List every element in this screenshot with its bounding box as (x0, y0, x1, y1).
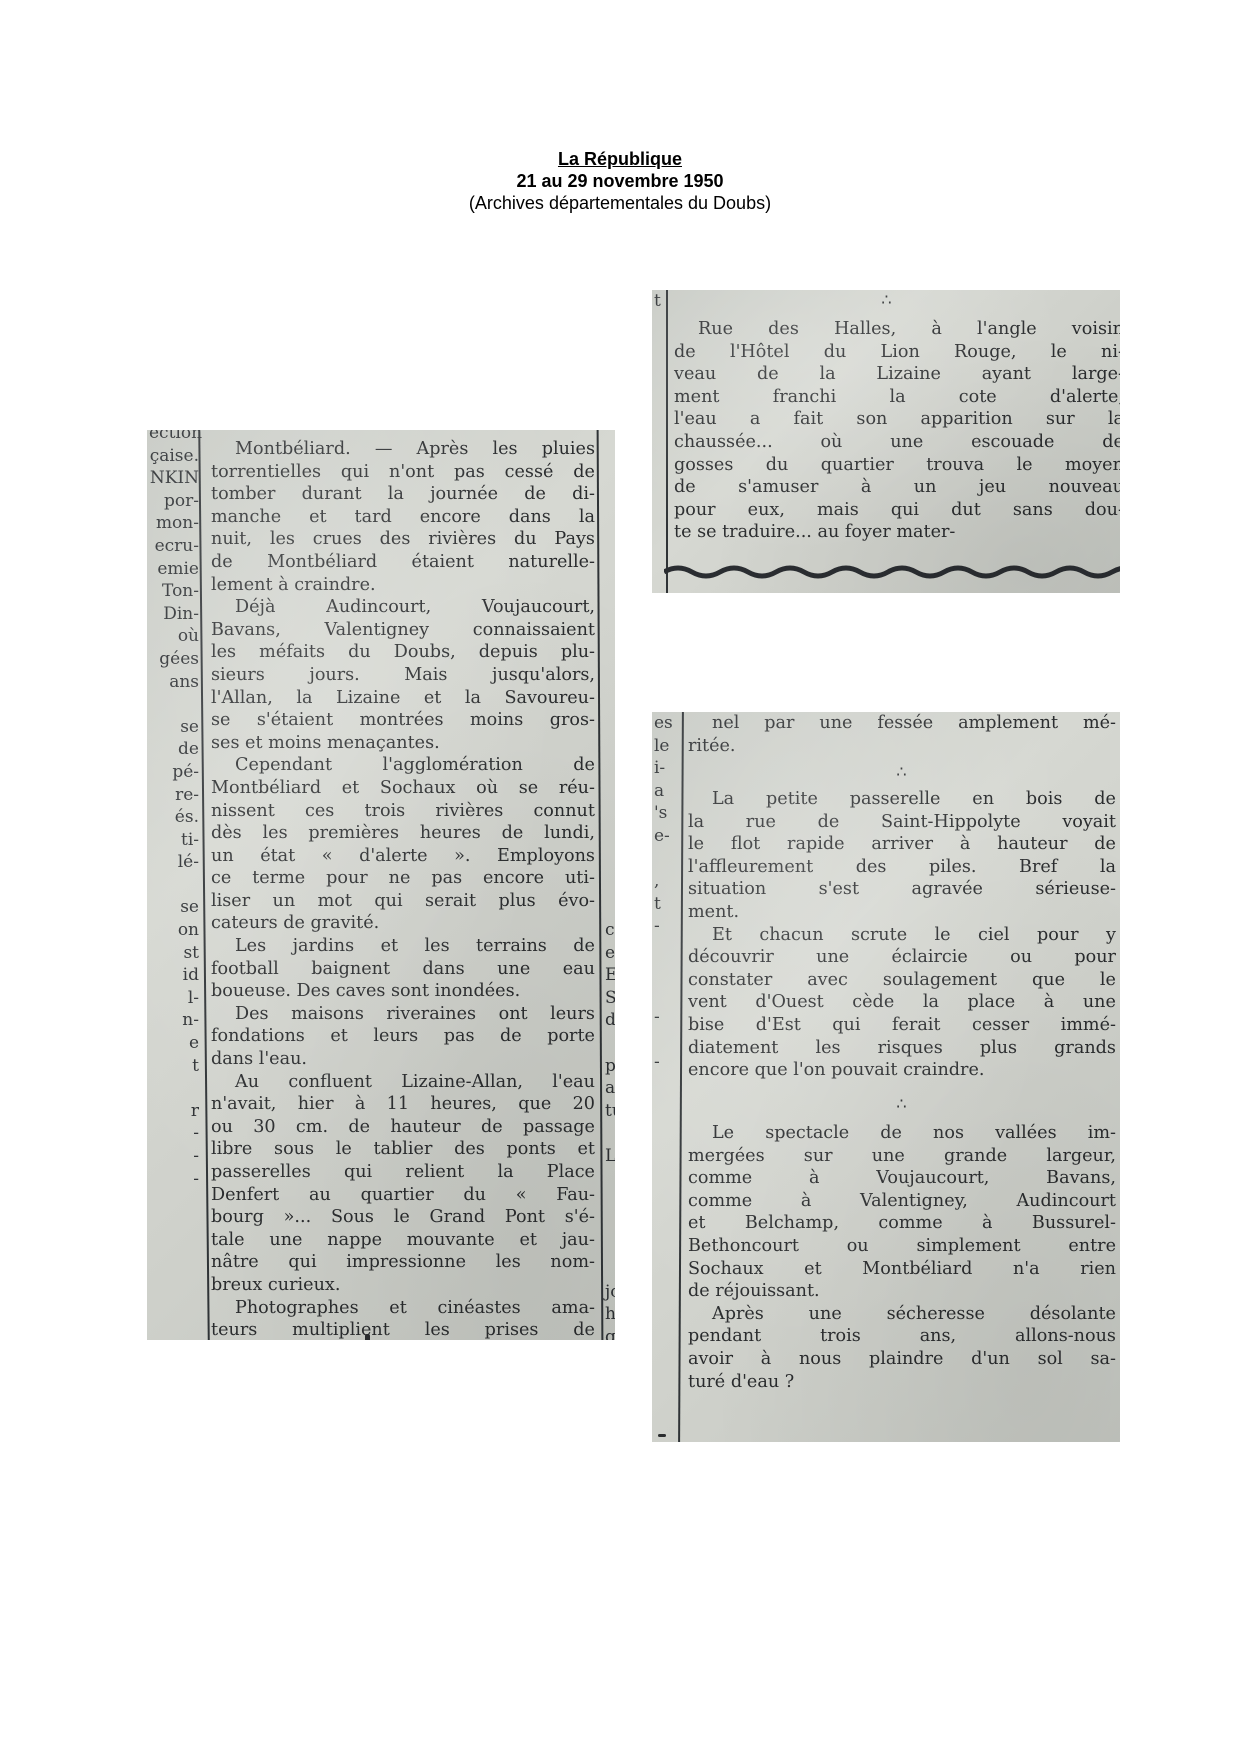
text-line: ou30cm.dehauteurdepassage (211, 1116, 595, 1139)
fragment-line: re- (149, 784, 199, 807)
fragment-line: i- (654, 757, 676, 780)
fragment-line (605, 445, 615, 468)
text-line: torrentiellesquin'ontpascesséde (211, 461, 595, 484)
column-rule (597, 430, 604, 1340)
fragment-line: t (149, 1055, 199, 1078)
text-line: AuconfluentLizaine-Allan,l'eau (211, 1071, 595, 1094)
fragment-line (605, 1032, 615, 1055)
fragment-line: - (149, 1145, 199, 1168)
fragment-line (605, 558, 615, 581)
fragment-line (605, 1168, 615, 1191)
fragment-line (605, 716, 615, 739)
text-line: SochauxetMontbéliardn'arien (688, 1258, 1116, 1281)
fragment-line (605, 693, 615, 716)
fragment-line: où (149, 625, 199, 648)
fragment-line (654, 983, 676, 1006)
fragment-line (605, 896, 615, 919)
fragment-line: - (654, 1006, 676, 1029)
column-end-mark (365, 1334, 370, 1340)
fragment-line: - (149, 1168, 199, 1191)
adjacent-column-fragment-left: ectionçaise.NKINpor-mon-ecru-emieTon-Din… (149, 430, 199, 1190)
text-line: laruedeSaint-Hippolytevoyait (688, 811, 1116, 834)
fragment-line (654, 1028, 676, 1051)
fragment-line: pé- (149, 761, 199, 784)
document-header: La République 21 au 29 novembre 1950 (Ar… (0, 148, 1240, 214)
text-line: del'HôtelduLionRouge,leni- (674, 341, 1120, 364)
section-separator: ∴ (682, 762, 1120, 782)
text-line: veaudelaLizaineayantlarge- (674, 363, 1120, 386)
fragment-line: gées (149, 648, 199, 671)
fragment-line: tu (605, 1100, 615, 1123)
text-line: avoirànousplaindred'unsolsa- (688, 1348, 1116, 1371)
text-line: taleunenappemouvanteetjau- (211, 1229, 595, 1252)
text-line: l'eauafaitsonapparitionsurla (674, 408, 1120, 431)
text-line: liserunmotquiseraitplusévo- (211, 890, 595, 913)
fragment-line (605, 738, 615, 761)
text-line: mergéessurunegrandelargeur, (688, 1145, 1116, 1168)
fragment-line: S (605, 987, 615, 1010)
text-line: Desmaisonsriverainesontleurs (211, 1003, 595, 1026)
column-rule (678, 712, 684, 1442)
text-line: Bavans,Valentigneyconnaissaient (211, 619, 595, 642)
fragment-line: a (654, 780, 676, 803)
fragment-line: és. (149, 806, 199, 829)
fragment-line (605, 874, 615, 897)
fragment-line (149, 693, 199, 716)
text-line: ment. (688, 901, 1116, 924)
fragment-line (605, 490, 615, 513)
fragment-line: çaise. (149, 445, 199, 468)
text-line: lesméfaitsduDoubs,depuisplu- (211, 641, 595, 664)
text-line: footballbaignentdansuneeau (211, 958, 595, 981)
fragment-line (605, 535, 615, 558)
text-line: constateravecsoulagementquele (688, 969, 1116, 992)
fragment-line (605, 806, 615, 829)
fragment-line (605, 1122, 615, 1145)
fragment-line (605, 625, 615, 648)
text-line: Cependantl'agglomérationde (211, 754, 595, 777)
text-line: situations'estagravéesérieuse- (688, 878, 1116, 901)
text-line: MontbéliardetSochauxoùseréu- (211, 777, 595, 800)
fragment-line: ection (149, 430, 199, 445)
text-line: te se traduire... au foyer mater- (674, 521, 1120, 544)
fragment-line: Ton- (149, 580, 199, 603)
text-line: ses'étaientmontréesmoinsgros- (211, 709, 595, 732)
date-range: 21 au 29 novembre 1950 (0, 170, 1240, 192)
text-line: gossesduquartiertrouvalemoyen (674, 454, 1120, 477)
fragment-line: id (149, 964, 199, 987)
clipping-bottom-right: eslei-a'se- ,t- - - nelparunefesséeample… (652, 712, 1120, 1442)
text-line: teursmultiplientlesprisesde (211, 1319, 595, 1340)
archive-source: (Archives départementales du Doubs) (0, 192, 1240, 214)
fragment-line: se (149, 716, 199, 739)
fragment-line (605, 467, 615, 490)
text-line: breux curieux. (211, 1274, 595, 1297)
text-line: commeàVoujaucourt,Bavans, (688, 1167, 1116, 1190)
text-line: unétat«d'alerte».Employons (211, 845, 595, 868)
column-rule (198, 430, 210, 1340)
fragment-line: n- (149, 1009, 199, 1032)
fragment-line: - (654, 1051, 676, 1074)
text-line: bised'Estquiferaitcesserimmé- (688, 1014, 1116, 1037)
fragment-line (605, 784, 615, 807)
fragment-line (605, 671, 615, 694)
fragment-line (605, 648, 615, 671)
newspaper-title: La République (0, 148, 1240, 170)
text-line: découvriruneéclaircieoupour (688, 946, 1116, 969)
fragment-line: on (149, 919, 199, 942)
article-text-part-3: Lespectacledenosvalléesim-mergéessuruneg… (688, 1122, 1116, 1393)
text-line: Etchacunscrutelecielpoury (688, 924, 1116, 947)
fragment-line: ecru- (149, 535, 199, 558)
text-line: libresousletablierdespontset (211, 1138, 595, 1161)
fragment-line: Din- (149, 603, 199, 626)
fragment-line (654, 938, 676, 961)
fragment-line (605, 603, 615, 626)
fragment-line (605, 1213, 615, 1236)
text-line: lement à craindre. (211, 574, 595, 597)
fragment-line (605, 430, 615, 445)
text-line: ritée. (688, 735, 1116, 758)
text-line: dèslespremièresheuresdelundi, (211, 822, 595, 845)
fragment-line: a (605, 1077, 615, 1100)
article-text-left: Montbéliard.—Aprèslespluiestorrentielles… (211, 438, 595, 1340)
fragment-line: lé- (149, 851, 199, 874)
fragment-line: se (149, 896, 199, 919)
fragment-line: le (654, 735, 676, 758)
fragment-line: emie (149, 558, 199, 581)
fragment-line (654, 848, 676, 871)
fragment-line: ans (149, 671, 199, 694)
text-line: des'amuseràunjeunouveau (674, 476, 1120, 499)
text-line: n'avait,hierà11heures,que20 (211, 1093, 595, 1116)
text-line: mancheettardencoredansla (211, 506, 595, 529)
fragment-line: r (149, 1100, 199, 1123)
clipping-left: ectionçaise.NKINpor-mon-ecru-emieTon-Din… (147, 430, 615, 1340)
fragment-line (605, 1235, 615, 1258)
text-line: DéjàAudincourt,Voujaucourt, (211, 596, 595, 619)
text-line: l'affleurementdespiles.Brefla (688, 856, 1116, 879)
fragment-line: st (149, 942, 199, 965)
text-line: Montbéliard.—Aprèslespluies (211, 438, 595, 461)
text-line: etBelchamp,commeàBussurel- (688, 1212, 1116, 1235)
fragment-line: por- (149, 490, 199, 513)
text-line: nelparunefesséeamplementmé- (688, 712, 1116, 735)
text-line: cateurs de gravité. (211, 912, 595, 935)
fragment-line: E (605, 964, 615, 987)
article-text-part-1: nelparunefesséeamplementmé-ritée. (688, 712, 1116, 757)
fragment-line: NKIN (149, 467, 199, 490)
text-line: Lesjardinsetlesterrainsde (211, 935, 595, 958)
fragment-line: t (654, 893, 676, 916)
text-line: nâtrequiimpressionnelesnom- (211, 1251, 595, 1274)
fragment-line: e (149, 1032, 199, 1055)
article-text-top-right: RuedesHalles,àl'anglevoisindel'HôtelduLi… (674, 318, 1120, 544)
text-line: Denfertauquartierdu«Fau- (211, 1184, 595, 1207)
fragment-line: de (149, 738, 199, 761)
column-end-mark (658, 1434, 666, 1437)
text-line: Bethoncourtousimplemententre (688, 1235, 1116, 1258)
fragment-line: es (654, 712, 676, 735)
text-line: nissentcestroisrivièresconnut (211, 800, 595, 823)
text-line: sieursjours.Maisjusqu'alors, (211, 664, 595, 687)
fragment-line: c (605, 919, 615, 942)
text-line: nuit,lescruesdesrivièresduPays (211, 528, 595, 551)
fragment-line: ti- (149, 829, 199, 852)
text-line: mentfranchilacoted'alerte, (674, 386, 1120, 409)
fragment-line: d (605, 1009, 615, 1032)
fragment-line (149, 1077, 199, 1100)
text-line: l'Allan,laLizaineetlaSavoureu- (211, 687, 595, 710)
text-line: boueuse. Des caves sont inondées. (211, 980, 595, 1003)
text-line: commeàValentigney,Audincourt (688, 1190, 1116, 1213)
fragment-line: - (149, 1122, 199, 1145)
section-separator: ∴ (682, 1094, 1120, 1114)
text-line: Aprèsunesécheressedésolante (688, 1303, 1116, 1326)
fragment-line (605, 1258, 615, 1281)
fragment-line: jo (605, 1281, 615, 1304)
decorative-wavy-divider (664, 564, 1120, 580)
text-line: tomberdurantlajournéededi- (211, 483, 595, 506)
fragment-line: L (605, 1145, 615, 1168)
column-rule (666, 290, 668, 593)
text-line: Photographesetcinéastesama- (211, 1297, 595, 1320)
fragment-line: l- (149, 987, 199, 1010)
text-line: ventd'Ouestcèdelaplaceàune (688, 991, 1116, 1014)
fragment-line: , (654, 870, 676, 893)
fragment-line (654, 961, 676, 984)
fragment-line: qu (605, 1326, 615, 1340)
fragment-line: p (605, 1055, 615, 1078)
fragment-line (605, 829, 615, 852)
fragment-line: ha (605, 1303, 615, 1326)
adjacent-column-fragment-right: ceESd patu L johaquer (605, 430, 615, 1340)
text-line: fondationsetleurspasdeporte (211, 1025, 595, 1048)
text-line: diatementlesrisquesplusgrands (688, 1037, 1116, 1060)
fragment-line (605, 580, 615, 603)
text-line: leflotrapidearriveràhauteurde (688, 833, 1116, 856)
clipping-top-right: t ∴ RuedesHalles,àl'anglevoisindel'Hôtel… (652, 290, 1120, 593)
text-line: Lapetitepasserelleenboisde (688, 788, 1116, 811)
fragment-line (605, 1190, 615, 1213)
fragment-line: e (605, 942, 615, 965)
text-line: RuedesHalles,àl'anglevoisin (674, 318, 1120, 341)
text-line: chaussée...oùuneescouadede (674, 431, 1120, 454)
text-line: turé d'eau ? (688, 1371, 1116, 1394)
text-line: dans l'eau. (211, 1048, 595, 1071)
fragment-line: e- (654, 825, 676, 848)
text-line: poureux,maisquidutsansdou- (674, 499, 1120, 522)
fragment-line: mon- (149, 512, 199, 535)
text-line: deMontbéliardétaientnaturelle- (211, 551, 595, 574)
text-line: bourg»...SousleGrandPonts'é- (211, 1206, 595, 1229)
article-text-part-2: LapetitepasserelleenboisdelaruedeSaint-H… (688, 788, 1116, 1082)
text-line: cetermepournepasencoreuti- (211, 867, 595, 890)
fragment-line: 's (654, 802, 676, 825)
fragment-line (605, 761, 615, 784)
text-line: Lespectacledenosvalléesim- (688, 1122, 1116, 1145)
text-line: ses et moins menaçantes. (211, 732, 595, 755)
text-line: de réjouissant. (688, 1280, 1116, 1303)
section-separator: ∴ (652, 290, 1120, 310)
fragment-line (605, 851, 615, 874)
fragment-line: - (654, 915, 676, 938)
fragment-line (605, 512, 615, 535)
fragment-line (149, 874, 199, 897)
text-line: encore que l'on pouvait craindre. (688, 1059, 1116, 1082)
adjacent-column-fragment: eslei-a'se- ,t- - - (654, 712, 676, 1074)
text-line: pendanttroisans,allons-nous (688, 1325, 1116, 1348)
text-line: passerellesquirelientlaPlace (211, 1161, 595, 1184)
